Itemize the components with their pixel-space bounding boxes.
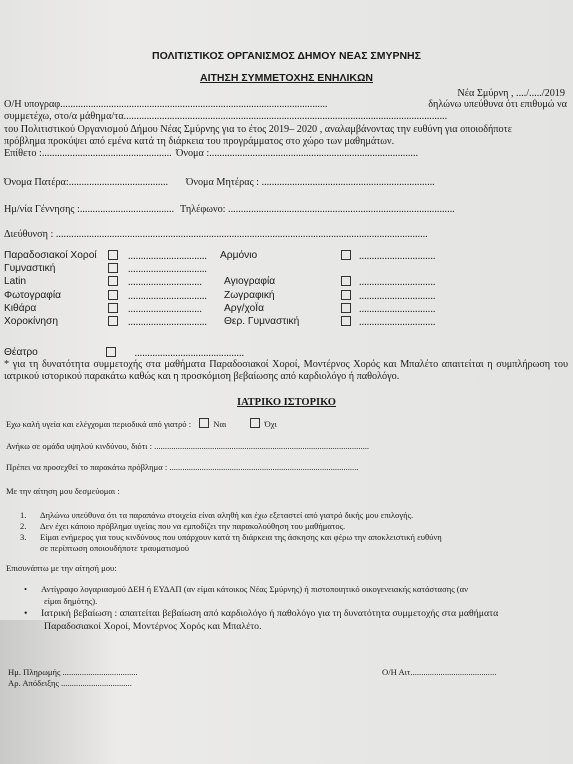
medical-history-title: ΙΑΤΡΙΚΟ ΙΣΤΟΡΙΚΟ [0, 397, 573, 410]
father-name-field[interactable]: Όνομα Πατέρα:...........................… [4, 177, 168, 189]
attachment-text-2-cont: Παραδοσιακοί Χοροί, Μοντέρνος Χορός και … [44, 621, 262, 633]
commitment-number-1: 1. [20, 510, 26, 520]
course-label: Παραδοσιακοί Χοροί [4, 250, 97, 262]
course-row[interactable]: ............................... [108, 263, 207, 276]
declaration-text: δηλώνω υπεύθυνα ότι επιθυμώ να [428, 99, 567, 111]
courses-field[interactable]: συμμετέχω, στο/α μάθημα/τα..............… [4, 111, 447, 123]
course-fill[interactable]: ............................. [128, 277, 202, 288]
course-fill[interactable]: ............................... [128, 291, 207, 302]
applicant-signature-field[interactable]: Ο/Η Αιτ.................................… [382, 667, 496, 677]
course-row[interactable]: ............................... [108, 250, 207, 263]
course-checkbox[interactable] [108, 303, 118, 313]
course-label: Κιθάρα [4, 303, 36, 315]
course-label: Αργ/χοΪα [224, 303, 264, 315]
course-row-right[interactable]: .............................. [341, 276, 435, 289]
attachment-text-2: Ιατρική βεβαίωση : απαιτείται βεβαίωση α… [41, 608, 498, 620]
participation-note: * για τη δυνατότητα συμμετοχής στα μαθήμ… [4, 359, 568, 383]
course-label: Χοροκίνηση [4, 316, 58, 328]
commitment-text-3-cont: σε περίπτωση οποιουδήποτε τραυματισμού [40, 543, 189, 553]
birth-date-field[interactable]: Ημ/νία Γέννησης :.......................… [4, 204, 174, 216]
course-fill[interactable]: ............................... [128, 264, 207, 275]
course-label: Latin [4, 276, 26, 288]
name-field[interactable]: Όνομα :.................................… [176, 148, 418, 160]
intro-text-line4: πρόβλημα προκύψει από εμένα κατά τη διάρ… [4, 136, 394, 148]
receipt-number-field[interactable]: Αρ. Απόδειξης ..........................… [8, 678, 132, 688]
course-label: Φωτογραφία [4, 290, 61, 302]
course-fill[interactable]: .............................. [359, 317, 435, 328]
course-fill[interactable]: ............................... [128, 317, 207, 328]
course-checkbox[interactable] [341, 303, 351, 313]
course-row[interactable]: ............................... [108, 290, 207, 303]
course-checkbox[interactable] [341, 250, 351, 260]
course-row-right[interactable]: .............................. [341, 290, 435, 303]
course-checkbox[interactable] [341, 290, 351, 300]
attention-problem-field[interactable]: Πρέπει να προσεχθεί το παρακάτω πρόβλημα… [6, 462, 359, 472]
health-question-row: Εχω καλή υγεία και ελέγχομαι περιοδικά α… [6, 418, 277, 429]
course-checkbox[interactable] [108, 290, 118, 300]
application-form-page: ΠΟΛΙΤΙΣΤΙΚΟΣ ΟΡΓΑΝΙΣΜΟΣ ΔΗΜΟΥ ΝΕΑΣ ΣΜΥΡΝ… [0, 0, 573, 764]
commitment-number-2: 2. [20, 521, 26, 531]
commitment-number-3: 3. [20, 532, 26, 542]
commitments-heading: Με την αίτηση μου δεσμεύομαι : [6, 486, 120, 496]
no-label: Όχι [264, 419, 276, 429]
payment-date-field[interactable]: Ημ. Πληρωμής ...........................… [8, 667, 138, 677]
course-checkbox[interactable] [108, 263, 118, 273]
checkbox-yes[interactable] [199, 418, 209, 428]
intro-text-line3: του Πολιτιστικού Οργανισμού Δήμου Νέας Σ… [4, 124, 512, 136]
course-checkbox[interactable] [108, 250, 118, 260]
course-fill[interactable]: ............................. [128, 304, 202, 315]
course-fill[interactable]: .............................. [359, 277, 435, 288]
course-label-theatre: Θέατρο [4, 347, 38, 359]
commitment-text-1: Δηλώνω υπεύθυνα ότι τα παραπάνω στοιχεία… [40, 510, 413, 520]
paper-shadow [0, 620, 120, 764]
attachment-text-1: Αντίγραφο λογαριασμού ΔΕΗ ή ΕΥΔΑΠ (αν εί… [41, 584, 468, 594]
surname-field[interactable]: Επίθετο :...............................… [4, 148, 172, 160]
commitment-text-3: Είμαι ενήμερος για τους κινδύνους που υπ… [40, 532, 442, 542]
organization-title: ΠΟΛΙΤΙΣΤΙΚΟΣ ΟΡΓΑΝΙΣΜΟΣ ΔΗΜΟΥ ΝΕΑΣ ΣΜΥΡΝ… [0, 50, 573, 63]
yes-label: Ναι [213, 419, 226, 429]
attachment-text-1-cont: είμαι δημότης). [44, 596, 97, 606]
phone-field[interactable]: Τηλέφωνο: ..............................… [180, 204, 455, 216]
course-fill[interactable]: .............................. [359, 251, 435, 262]
course-row-right[interactable]: .............................. [341, 303, 435, 316]
attachments-heading: Επισυνάπτω με την αίτησή μου: [6, 563, 117, 573]
course-checkbox[interactable] [341, 316, 351, 326]
course-fill[interactable]: ............................... [128, 251, 207, 262]
course-label: Γυμναστική [4, 263, 55, 275]
course-label: Ζωγραφική [224, 290, 275, 302]
bullet-icon: • [24, 584, 27, 594]
course-row[interactable]: ............................. [108, 303, 202, 316]
course-row-right[interactable]: .............................. [341, 250, 435, 263]
theatre-fill[interactable]: ........................................… [135, 348, 245, 359]
course-row[interactable]: ............................. [108, 276, 202, 289]
commitment-text-2: Δεν έχει κάποιο πρόβλημα υγείας που να ε… [40, 521, 345, 531]
signer-field[interactable]: Ο/Η υπογραφ.............................… [4, 99, 328, 111]
health-question: Εχω καλή υγεία και ελέγχομαι περιοδικά α… [6, 419, 191, 429]
course-fill[interactable]: .............................. [359, 291, 435, 302]
course-row[interactable]: ............................... [108, 316, 207, 329]
checkbox-theatre[interactable] [106, 347, 116, 357]
course-row-right[interactable]: .............................. [341, 316, 435, 329]
course-checkbox[interactable] [108, 276, 118, 286]
course-label: Αγιογραφία [224, 276, 275, 288]
course-label: Αρμόνιο [220, 250, 257, 262]
high-risk-field[interactable]: Ανήκω σε ομάδα υψηλού κινδύνου, διότι : … [6, 441, 369, 451]
bullet-icon: • [24, 608, 27, 620]
course-fill[interactable]: .............................. [359, 304, 435, 315]
course-checkbox[interactable] [108, 316, 118, 326]
form-title: ΑΙΤΗΣΗ ΣΥΜΜΕΤΟΧΗΣ ΕΝΗΛΙΚΩΝ [0, 72, 573, 85]
mother-name-field[interactable]: Όνομα Μητέρας : ........................… [186, 177, 435, 189]
course-label: Θερ. Γυμναστική [224, 316, 299, 328]
course-checkbox[interactable] [341, 276, 351, 286]
address-field[interactable]: Διεύθυνση : ............................… [4, 229, 428, 241]
checkbox-no[interactable] [250, 418, 260, 428]
